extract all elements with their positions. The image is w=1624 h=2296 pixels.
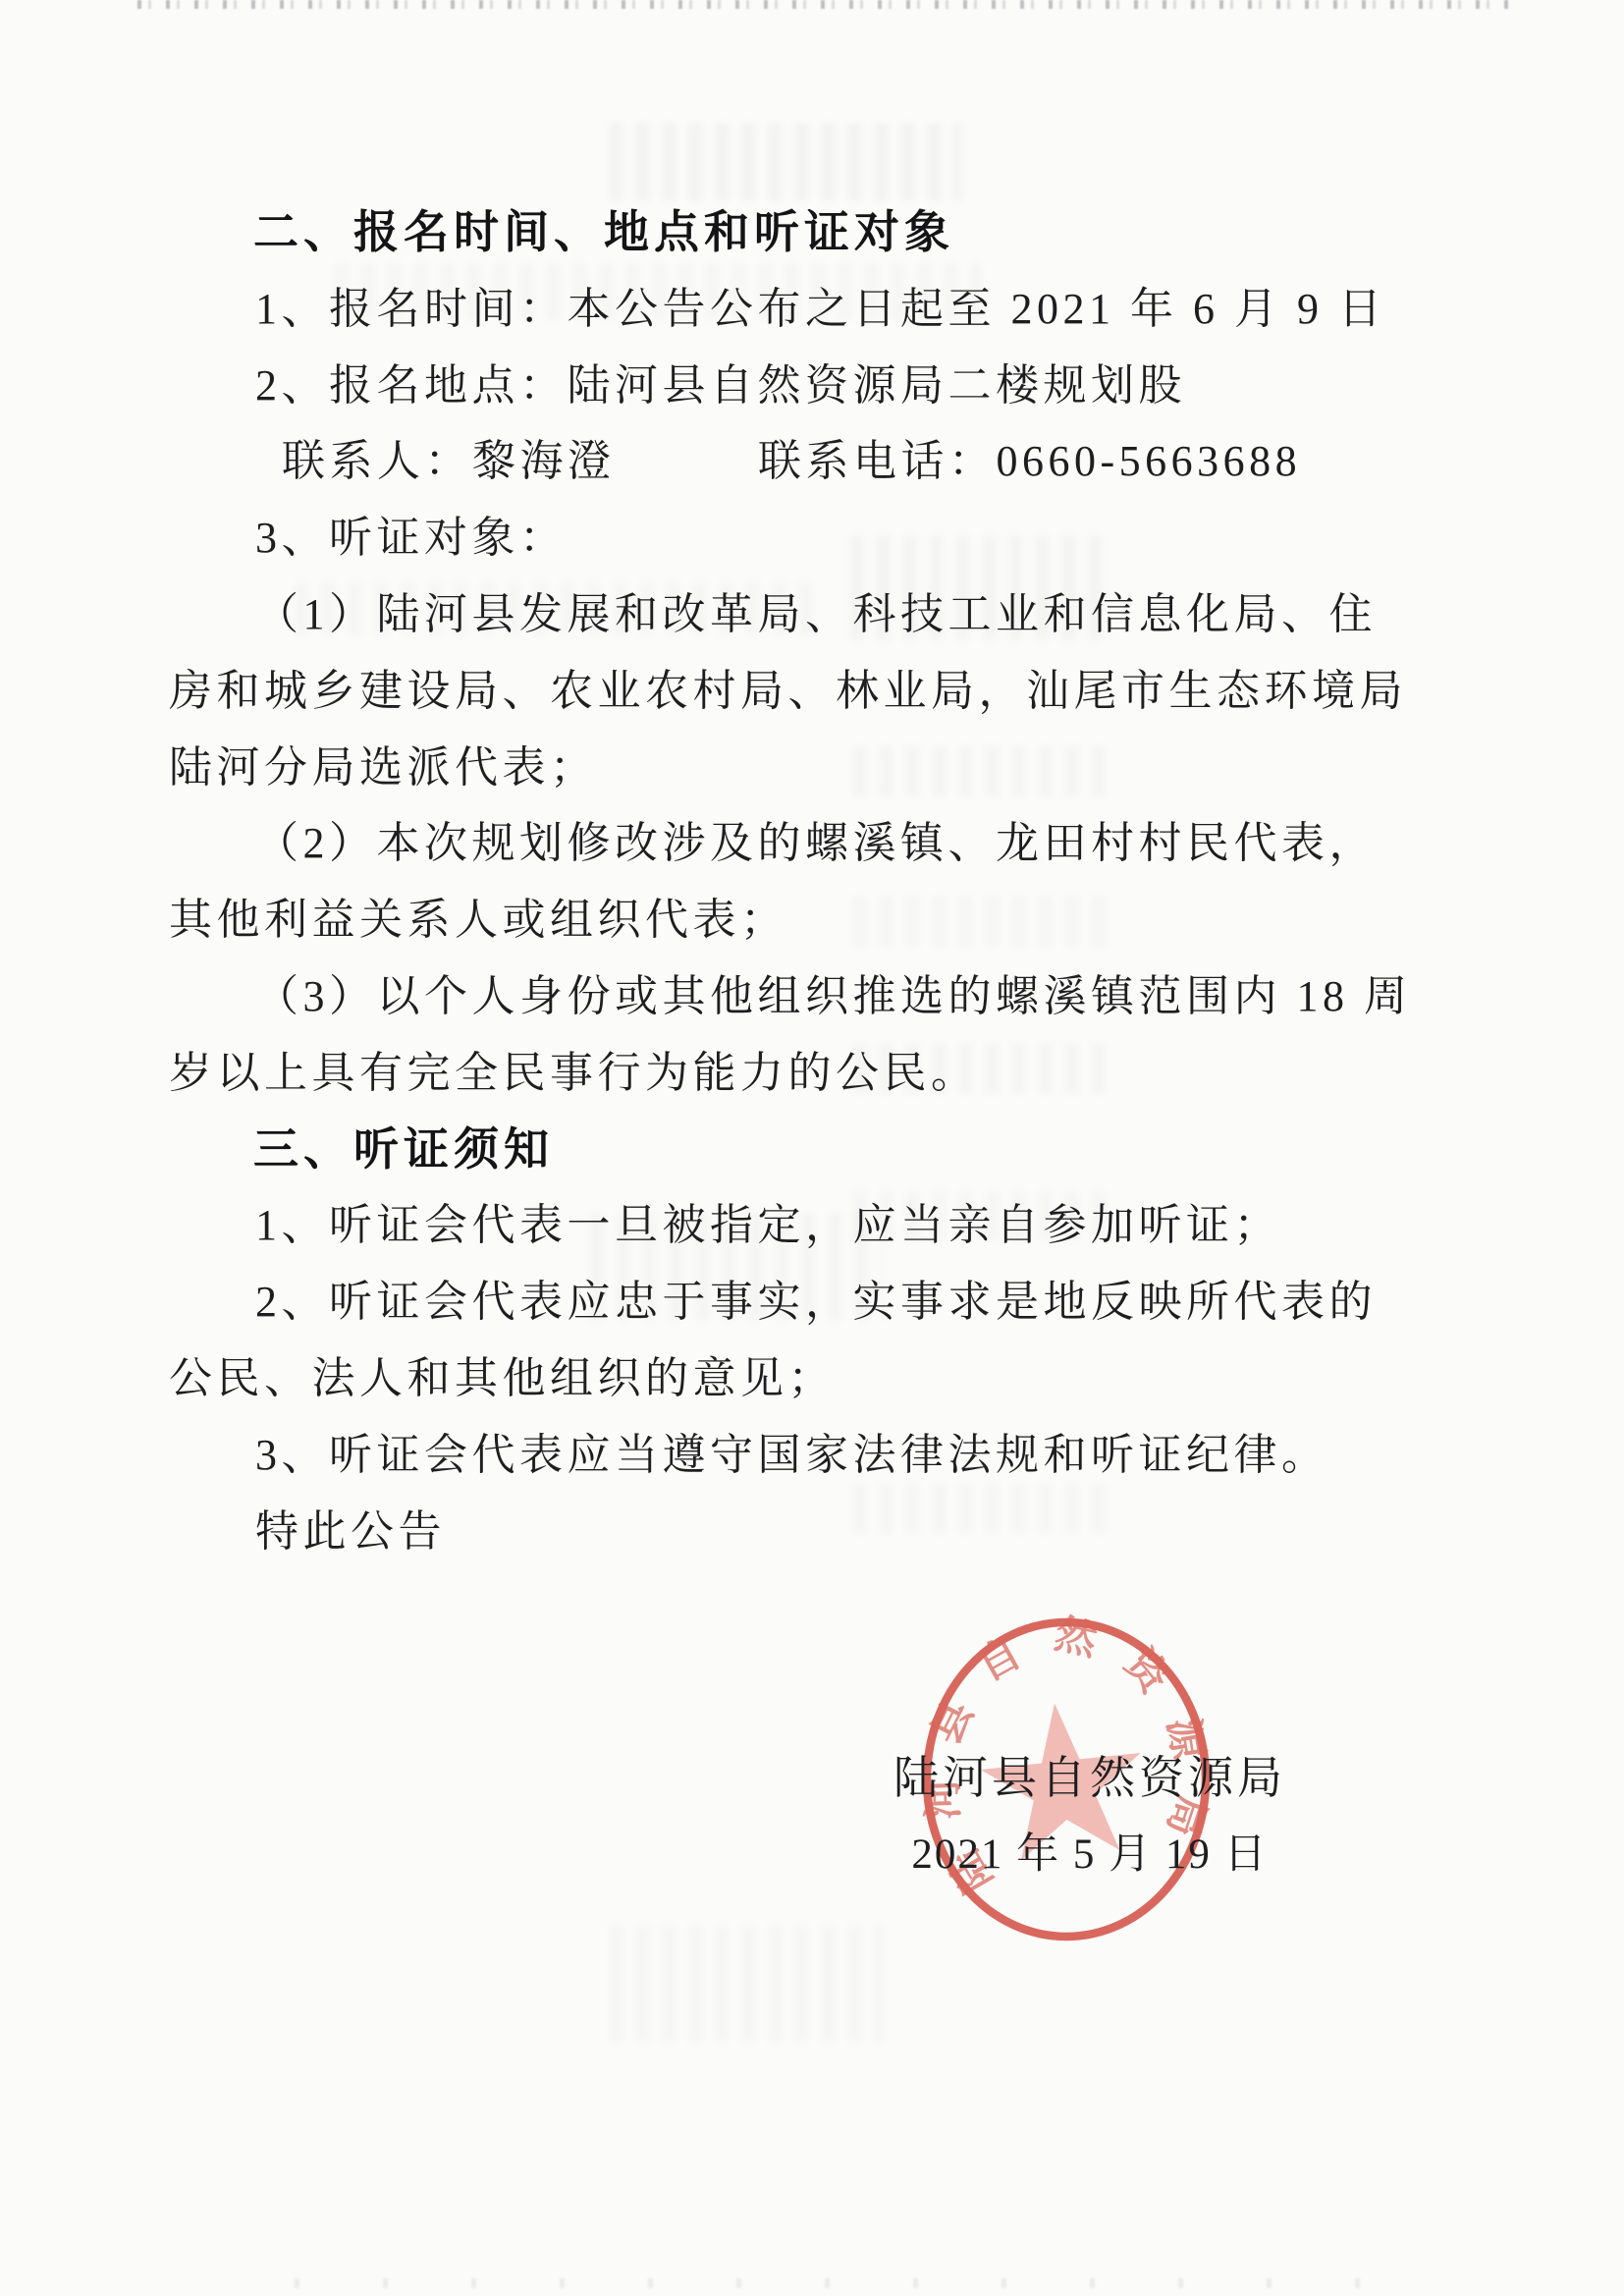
document-line: （1）陆河县发展和改革局、科技工业和信息化局、住 bbox=[169, 576, 1431, 653]
document-line: 2、报名地点：陆河县自然资源局二楼规划股 bbox=[169, 348, 1431, 424]
document-line: （3）以个人身份或其他组织推选的螺溪镇范围内 18 周 bbox=[169, 958, 1431, 1035]
section-heading: 三、听证须知 bbox=[169, 1112, 1431, 1188]
scan-edge-noise-top bbox=[137, 0, 1512, 9]
document-line: 特此公告 bbox=[169, 1494, 1431, 1570]
document-line: 联系人：黎海澄 联系电话：0660-5663688 bbox=[169, 423, 1431, 500]
document-line: 3、听证对象： bbox=[169, 500, 1431, 576]
document-line: （2）本次规划修改涉及的螺溪镇、龙田村村民代表， bbox=[169, 805, 1431, 882]
scanned-announcement-page: { "colors": { "ink": "#1e1e20", "paper":… bbox=[0, 0, 1624, 2296]
document-line: 1、听证会代表一旦被指定，应当亲自参加听证； bbox=[169, 1187, 1431, 1264]
document-line: 其他利益关系人或组织代表； bbox=[169, 882, 1431, 958]
bleedthrough-smudge bbox=[609, 1925, 884, 2043]
document-line: 1、报名时间：本公告公布之日起至 2021 年 6 月 9 日 bbox=[169, 271, 1431, 348]
document-line: 岁以上具有完全民事行为能力的公民。 bbox=[169, 1035, 1431, 1112]
document-line: 陆河分局选派代表； bbox=[169, 730, 1431, 806]
document-line: 3、听证会代表应当遵守国家法律法规和听证纪律。 bbox=[169, 1417, 1431, 1494]
document-body: 二、报名时间、地点和听证对象1、报名时间：本公告公布之日起至 2021 年 6 … bbox=[169, 194, 1431, 1569]
document-line: 公民、法人和其他组织的意见； bbox=[169, 1340, 1431, 1417]
bleedthrough-smudge bbox=[609, 123, 962, 201]
signature-org: 陆河县自然资源局 bbox=[889, 1742, 1291, 1807]
section-heading: 二、报名时间、地点和听证对象 bbox=[169, 194, 1431, 271]
signature-date: 2021 年 5 月 19 日 bbox=[889, 1821, 1291, 1881]
document-line: 房和城乡建设局、农业农村局、林业局，汕尾市生态环境局 bbox=[169, 653, 1431, 730]
document-line: 2、听证会代表应忠于事实，实事求是地反映所代表的 bbox=[169, 1264, 1431, 1340]
scan-edge-noise-bottom bbox=[295, 2278, 1375, 2288]
